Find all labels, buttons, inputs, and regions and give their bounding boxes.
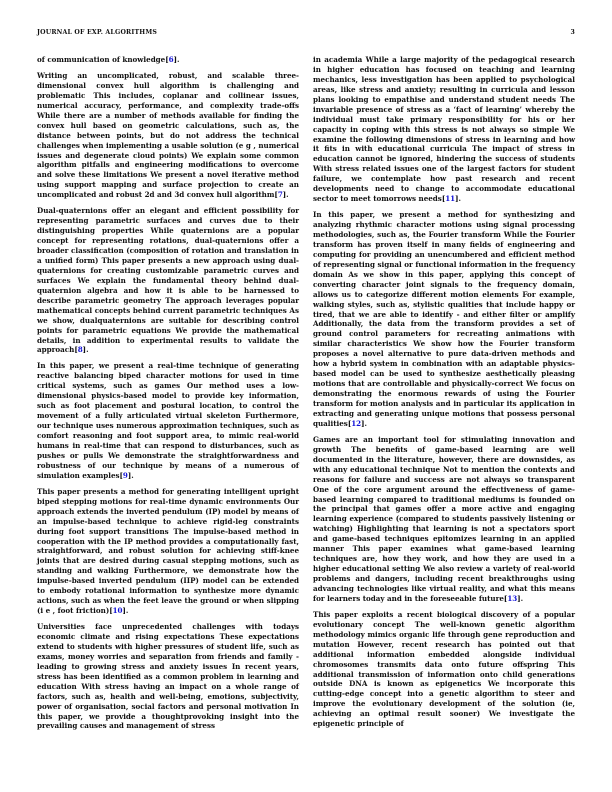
citation-link[interactable]: 10	[113, 606, 123, 615]
paragraph: Dual-quaternions offer an elegant and ef…	[37, 206, 299, 355]
paragraph: Universities face unprecedented challeng…	[37, 622, 299, 731]
right-column: in academia While a large majority of th…	[313, 55, 575, 735]
running-header: JOURNAL OF EXP. ALGORITHMS 3	[37, 29, 575, 39]
citation-link[interactable]: 13	[507, 594, 517, 603]
paragraph: In this paper, we present a real-time te…	[37, 361, 299, 480]
citation-link[interactable]: 9	[123, 471, 128, 480]
citation-link[interactable]: 12	[351, 419, 361, 428]
paragraph: in academia While a large majority of th…	[313, 55, 575, 204]
citation-link[interactable]: 11	[445, 194, 455, 203]
paragraph: Games are an important tool for stimulat…	[313, 435, 575, 604]
citation-link[interactable]: 6	[169, 55, 174, 64]
citation-link[interactable]: 8	[78, 345, 83, 354]
paragraph: This paper exploits a recent biological …	[313, 610, 575, 729]
paragraph: Writing an uncomplicated, robust, and sc…	[37, 71, 299, 200]
paragraph: of communication of knowledge[6].	[37, 55, 299, 65]
page-number: 3	[570, 29, 575, 36]
journal-title: JOURNAL OF EXP. ALGORITHMS	[37, 29, 157, 36]
paragraph: In this paper, we present a method for s…	[313, 210, 575, 429]
left-column: of communication of knowledge[6]. Writin…	[37, 55, 299, 738]
citation-link[interactable]: 7	[278, 190, 283, 199]
paragraph: This paper presents a method for generat…	[37, 487, 299, 616]
